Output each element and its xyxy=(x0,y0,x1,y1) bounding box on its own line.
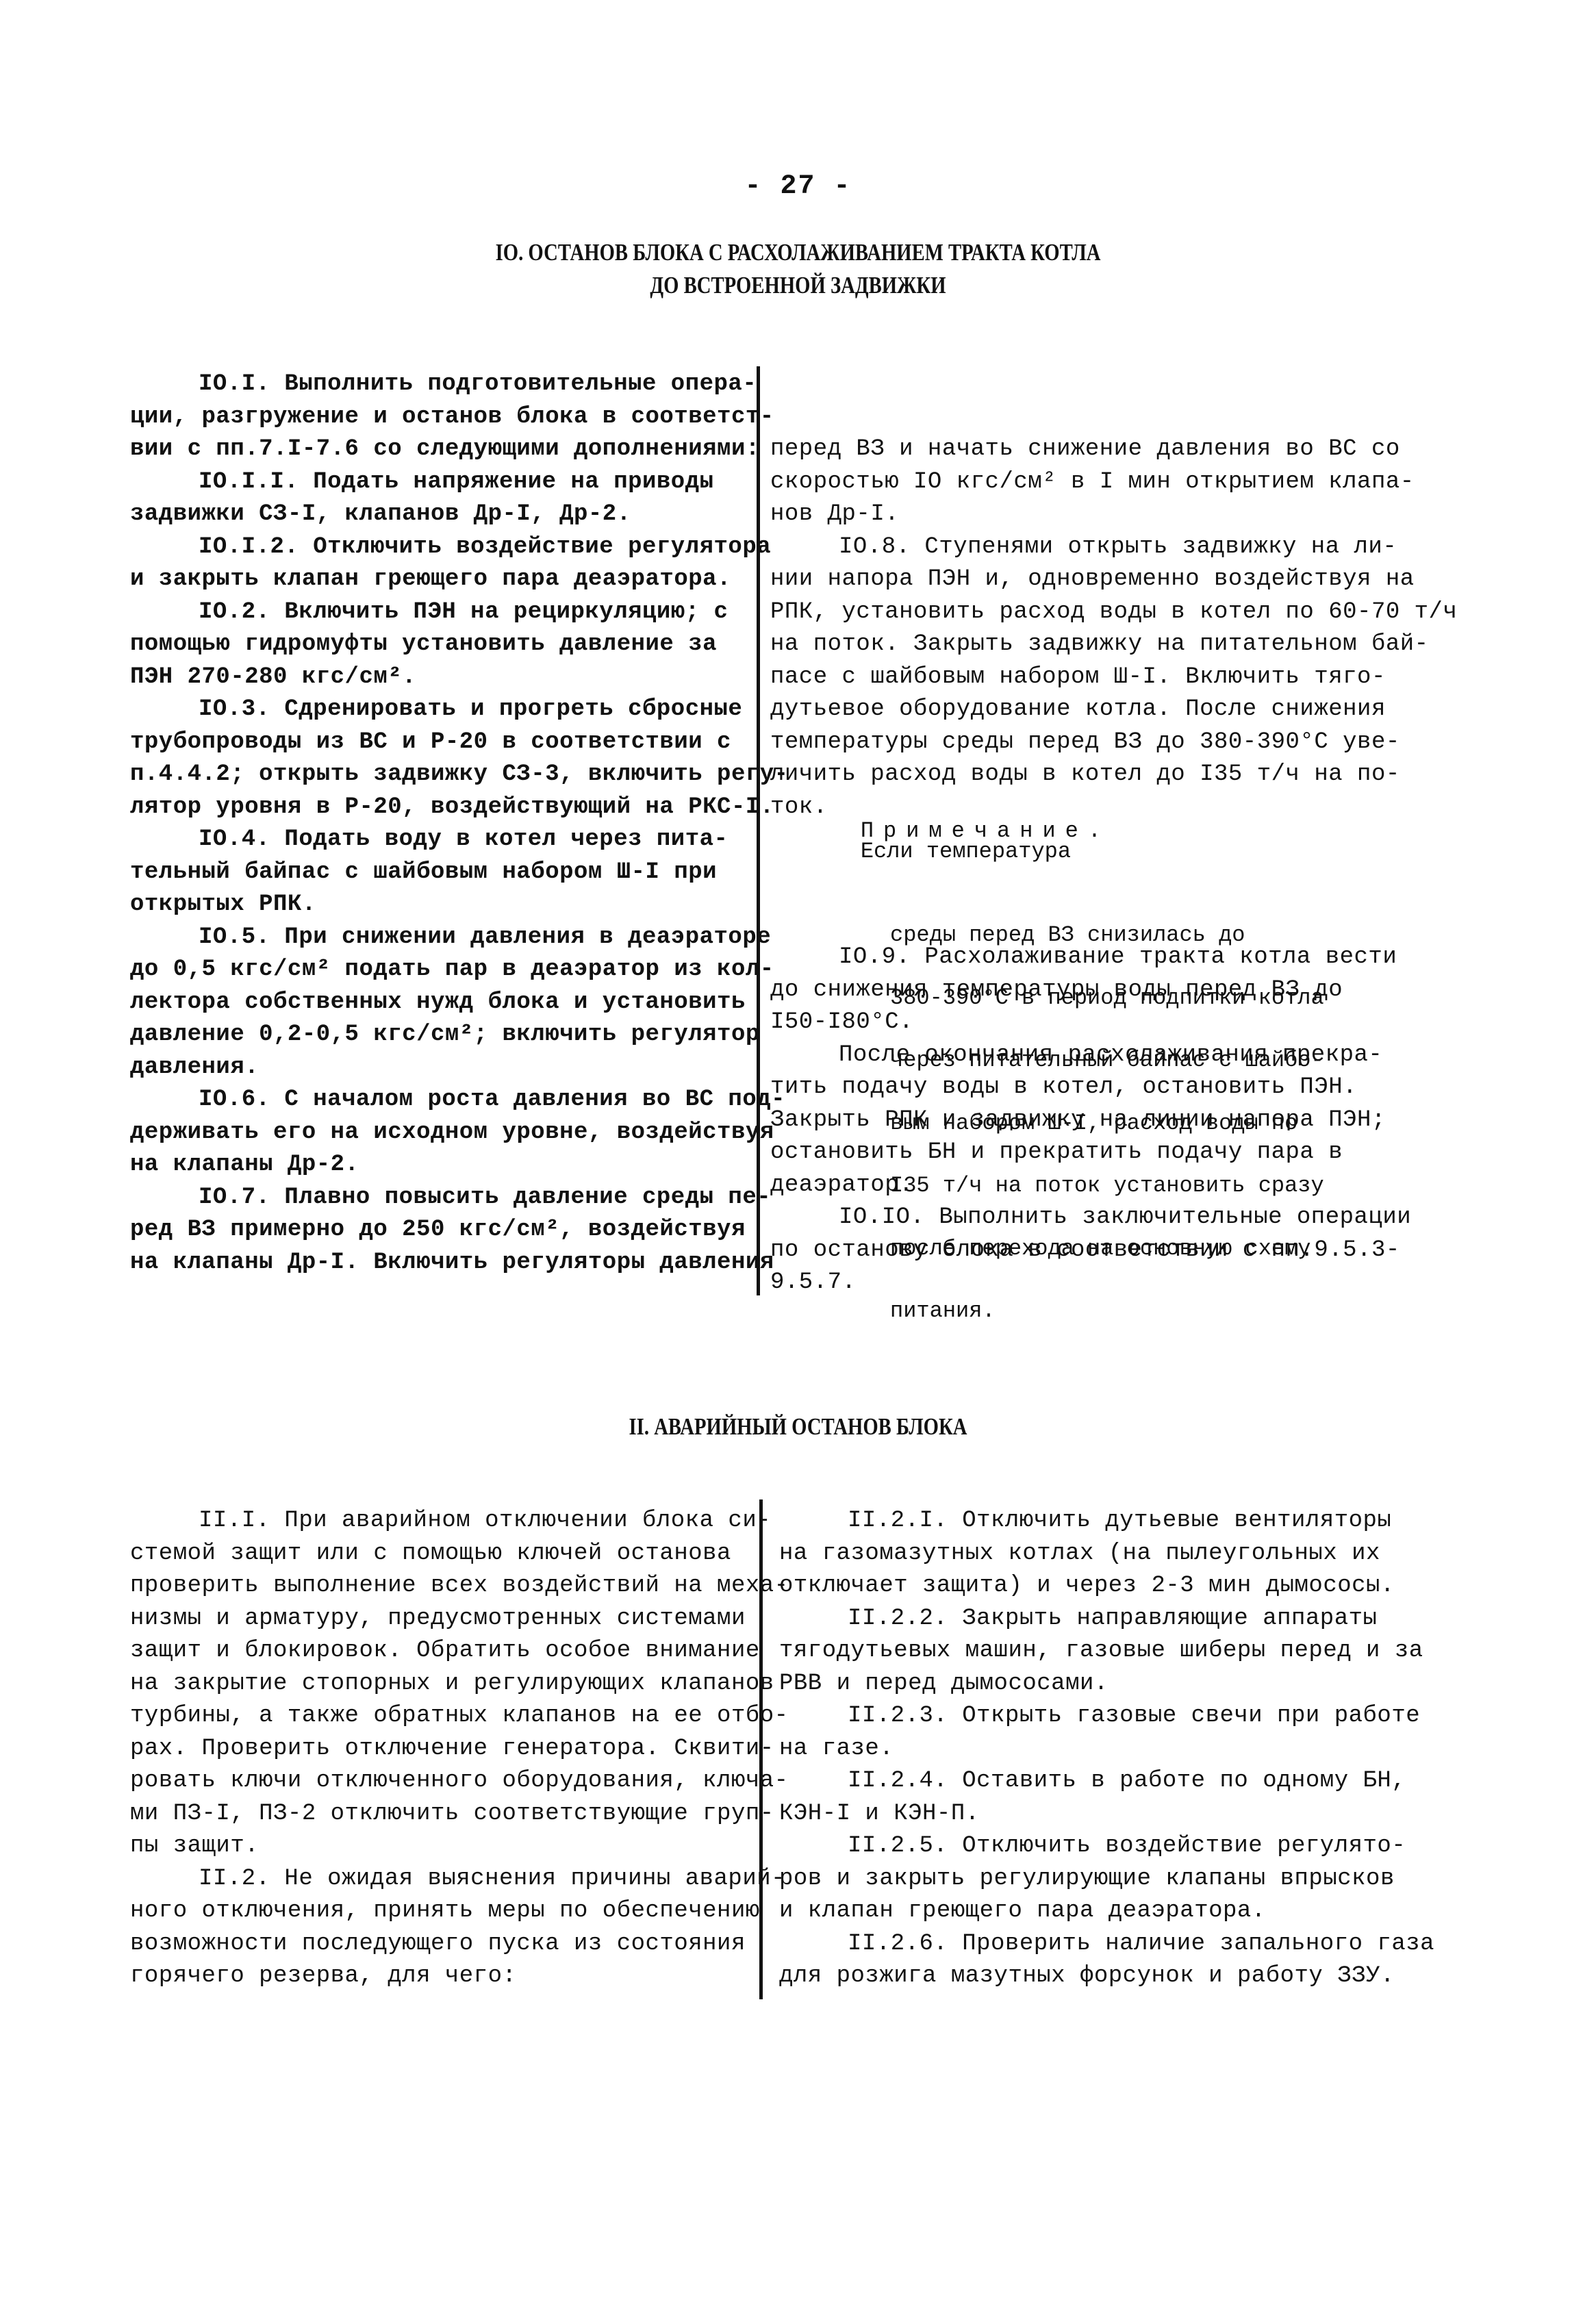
text-line: КЭН-I и КЭН-П. xyxy=(779,1798,1434,1831)
text-line: РВВ и перед дымососами. xyxy=(779,1668,1434,1701)
text-line: ров и закрыть регулирующие клапаны впрыс… xyxy=(779,1863,1434,1896)
text-line: ного отключения, принять меры по обеспеч… xyxy=(130,1895,789,1928)
note-line: Если температура xyxy=(861,839,1071,864)
text-line: рах. Проверить отключение генератора. Ск… xyxy=(130,1733,789,1766)
text-line: помощью гидромуфты установить давление з… xyxy=(130,629,789,661)
text-line: скоростью IO кгс/см² в I мин открытием к… xyxy=(770,466,1457,499)
text-line: Закрыть РПК и задвижку на линии напора П… xyxy=(770,1104,1411,1137)
column-divider xyxy=(757,366,760,1295)
text-line: IO.IO. Выполнить заключительные операции xyxy=(770,1202,1411,1235)
text-line: для розжига мазутных форсунок и работу З… xyxy=(779,1960,1434,1993)
column-divider xyxy=(759,1499,763,1999)
text-line: IO.2. Включить ПЭН на рециркуляцию; с xyxy=(130,596,789,629)
text-line: II.2.4. Оставить в работе по одному БН, xyxy=(779,1765,1434,1798)
text-line: ми ПЗ-I, ПЗ-2 отключить соответствующие … xyxy=(130,1798,789,1831)
text-line: давления. xyxy=(130,1052,789,1085)
text-line: нов Др-I. xyxy=(770,498,1457,531)
text-line: температуры среды перед ВЗ до 380-390°С … xyxy=(770,726,1457,759)
text-line: нии напора ПЭН и, одновременно воздейств… xyxy=(770,564,1457,596)
text-line: на газомазутных котлах (на пылеугольных … xyxy=(779,1538,1434,1571)
text-line: II.2. Не ожидая выяснения причины аварий… xyxy=(130,1863,789,1896)
text-line: низмы и арматуру, предусмотренных систем… xyxy=(130,1603,789,1636)
text-line: 9.5.7. xyxy=(770,1267,1411,1300)
note-line: питания. xyxy=(808,1301,1324,1322)
page-number: - 27 - xyxy=(0,171,1596,202)
text-line: задвижки СЗ-I, клапанов Др-I, Др-2. xyxy=(130,498,789,531)
text-line: на клапаны Др-I. Включить регуляторы дав… xyxy=(130,1247,789,1280)
text-line: РПК, установить расход воды в котел по 6… xyxy=(770,596,1457,629)
text-line: защит и блокировок. Обратить особое вним… xyxy=(130,1635,789,1668)
text-line: стемой защит или с помощью ключей остано… xyxy=(130,1538,789,1571)
text-line: отключает защита) и через 2-3 мин дымосо… xyxy=(779,1570,1434,1603)
text-line: и закрыть клапан греющего пара деаэратор… xyxy=(130,564,789,596)
text-line: ПЭН 270-280 кгс/см². xyxy=(130,661,789,694)
text-line: II.I. При аварийном отключении блока си- xyxy=(130,1505,789,1538)
text-line: II.2.I. Отключить дутьевые вентиляторы xyxy=(779,1505,1434,1538)
text-line: IO.I.I. Подать напряжение на приводы xyxy=(130,466,789,499)
text-line: II.2.3. Открыть газовые свечи при работе xyxy=(779,1700,1434,1733)
text-line: до снижения температуры воды перед ВЗ до xyxy=(770,974,1411,1007)
text-line: IO.I. Выполнить подготовительные опера- xyxy=(130,368,789,401)
text-line: IO.4. Подать воду в котел через пита- xyxy=(130,824,789,857)
text-line: II.2.5. Отключить воздействие регулято- xyxy=(779,1830,1434,1863)
text-line: тягодутьевых машин, газовые шиберы перед… xyxy=(779,1635,1434,1668)
text-line: держивать его на исходном уровне, воздей… xyxy=(130,1117,789,1150)
text-line: ции, разгружение и останов блока в соотв… xyxy=(130,401,789,434)
text-line: п.4.4.2; открыть задвижку СЗ-3, включить… xyxy=(130,759,789,792)
text-line: на закрытие стопорных и регулирующих кла… xyxy=(130,1668,789,1701)
text-line: IO.I.2. Отключить воздействие регулятора xyxy=(130,531,789,564)
section-10-right-bottom: IO.9. Расхолаживание тракта котла вестид… xyxy=(770,941,1411,1300)
text-line: турбины, а также обратных клапанов на ее… xyxy=(130,1700,789,1733)
text-line: IO.7. Плавно повысить давление среды пе- xyxy=(130,1182,789,1215)
text-line: тельный байпас с шайбовым набором Ш-I пр… xyxy=(130,857,789,889)
text-line: пы защит. xyxy=(130,1830,789,1863)
text-line: IO.6. С началом роста давления во ВС под… xyxy=(130,1084,789,1117)
text-line: на клапаны Др-2. xyxy=(130,1149,789,1182)
text-line: IO.3. Сдренировать и прогреть сбросные xyxy=(130,694,789,726)
text-line: дутьевое оборудование котла. После сниже… xyxy=(770,694,1457,726)
section-10-left-column: IO.I. Выполнить подготовительные опера-ц… xyxy=(130,368,789,1279)
text-line: открытых РПК. xyxy=(130,889,789,922)
text-line: лектора собственных нужд блока и установ… xyxy=(130,987,789,1020)
text-line: по останову блока в соответствии с пп.9.… xyxy=(770,1235,1411,1267)
text-line: лятор уровня в Р-20, воздействующий на Р… xyxy=(130,792,789,824)
text-line: трубопроводы из ВС и Р-20 в соответствии… xyxy=(130,726,789,759)
section-10-title-line-1: IO. ОСТАНОВ БЛОКА С РАСХОЛАЖИВАНИЕМ ТРАК… xyxy=(144,236,1452,269)
text-line: тить подачу воды в котел, остановить ПЭН… xyxy=(770,1072,1411,1104)
text-line: до 0,5 кгс/см² подать пар в деаэратор из… xyxy=(130,954,789,987)
text-line: горячего резерва, для чего: xyxy=(130,1960,789,1993)
text-line: После окончания расхолаживания прекра- xyxy=(770,1039,1411,1072)
text-line: возможности последующего пуска из состоя… xyxy=(130,1928,789,1961)
text-line: на поток. Закрыть задвижку на питательно… xyxy=(770,629,1457,661)
text-line: II.2.6. Проверить наличие запального газ… xyxy=(779,1928,1434,1961)
text-line: пасе с шайбовым набором Ш-I. Включить тя… xyxy=(770,661,1457,694)
text-line: давление 0,2-0,5 кгс/см²; включить регул… xyxy=(130,1019,789,1052)
section-11-right-column: II.2.I. Отключить дутьевые вентиляторына… xyxy=(779,1505,1434,1993)
text-line: IO.8. Ступенями открыть задвижку на ли- xyxy=(770,531,1457,564)
text-line: IO.9. Расхолаживание тракта котла вести xyxy=(770,941,1411,974)
section-10-title: IO. ОСТАНОВ БЛОКА С РАСХОЛАЖИВАНИЕМ ТРАК… xyxy=(144,236,1452,302)
text-line: II.2.2. Закрыть направляющие аппараты xyxy=(779,1603,1434,1636)
text-line: I50-I80°С. xyxy=(770,1007,1411,1039)
section-11-title: II. АВАРИЙНЫЙ ОСТАНОВ БЛОКА xyxy=(144,1410,1452,1443)
text-line: и клапан греющего пара деаэратора. xyxy=(779,1895,1434,1928)
text-line: проверить выполнение всех воздействий на… xyxy=(130,1570,789,1603)
section-11-left-column: II.I. При аварийном отключении блока си-… xyxy=(130,1505,789,1993)
text-line: остановить БН и прекратить подачу пара в xyxy=(770,1137,1411,1169)
text-line: перед ВЗ и начать снижение давления во В… xyxy=(770,433,1457,466)
text-line: вии с пп.7.I-7.6 со следующими дополнени… xyxy=(130,433,789,466)
text-line: ровать ключи отключенного оборудования, … xyxy=(130,1765,789,1798)
text-line: на газе. xyxy=(779,1733,1434,1766)
text-line: деаэратор. xyxy=(770,1169,1411,1202)
section-10-title-line-2: ДО ВСТРОЕННОЙ ЗАДВИЖКИ xyxy=(144,269,1452,302)
text-line: IO.5. При снижении давления в деаэраторе xyxy=(130,922,789,954)
text-line: ред ВЗ примерно до 250 кгс/см², воздейст… xyxy=(130,1214,789,1247)
